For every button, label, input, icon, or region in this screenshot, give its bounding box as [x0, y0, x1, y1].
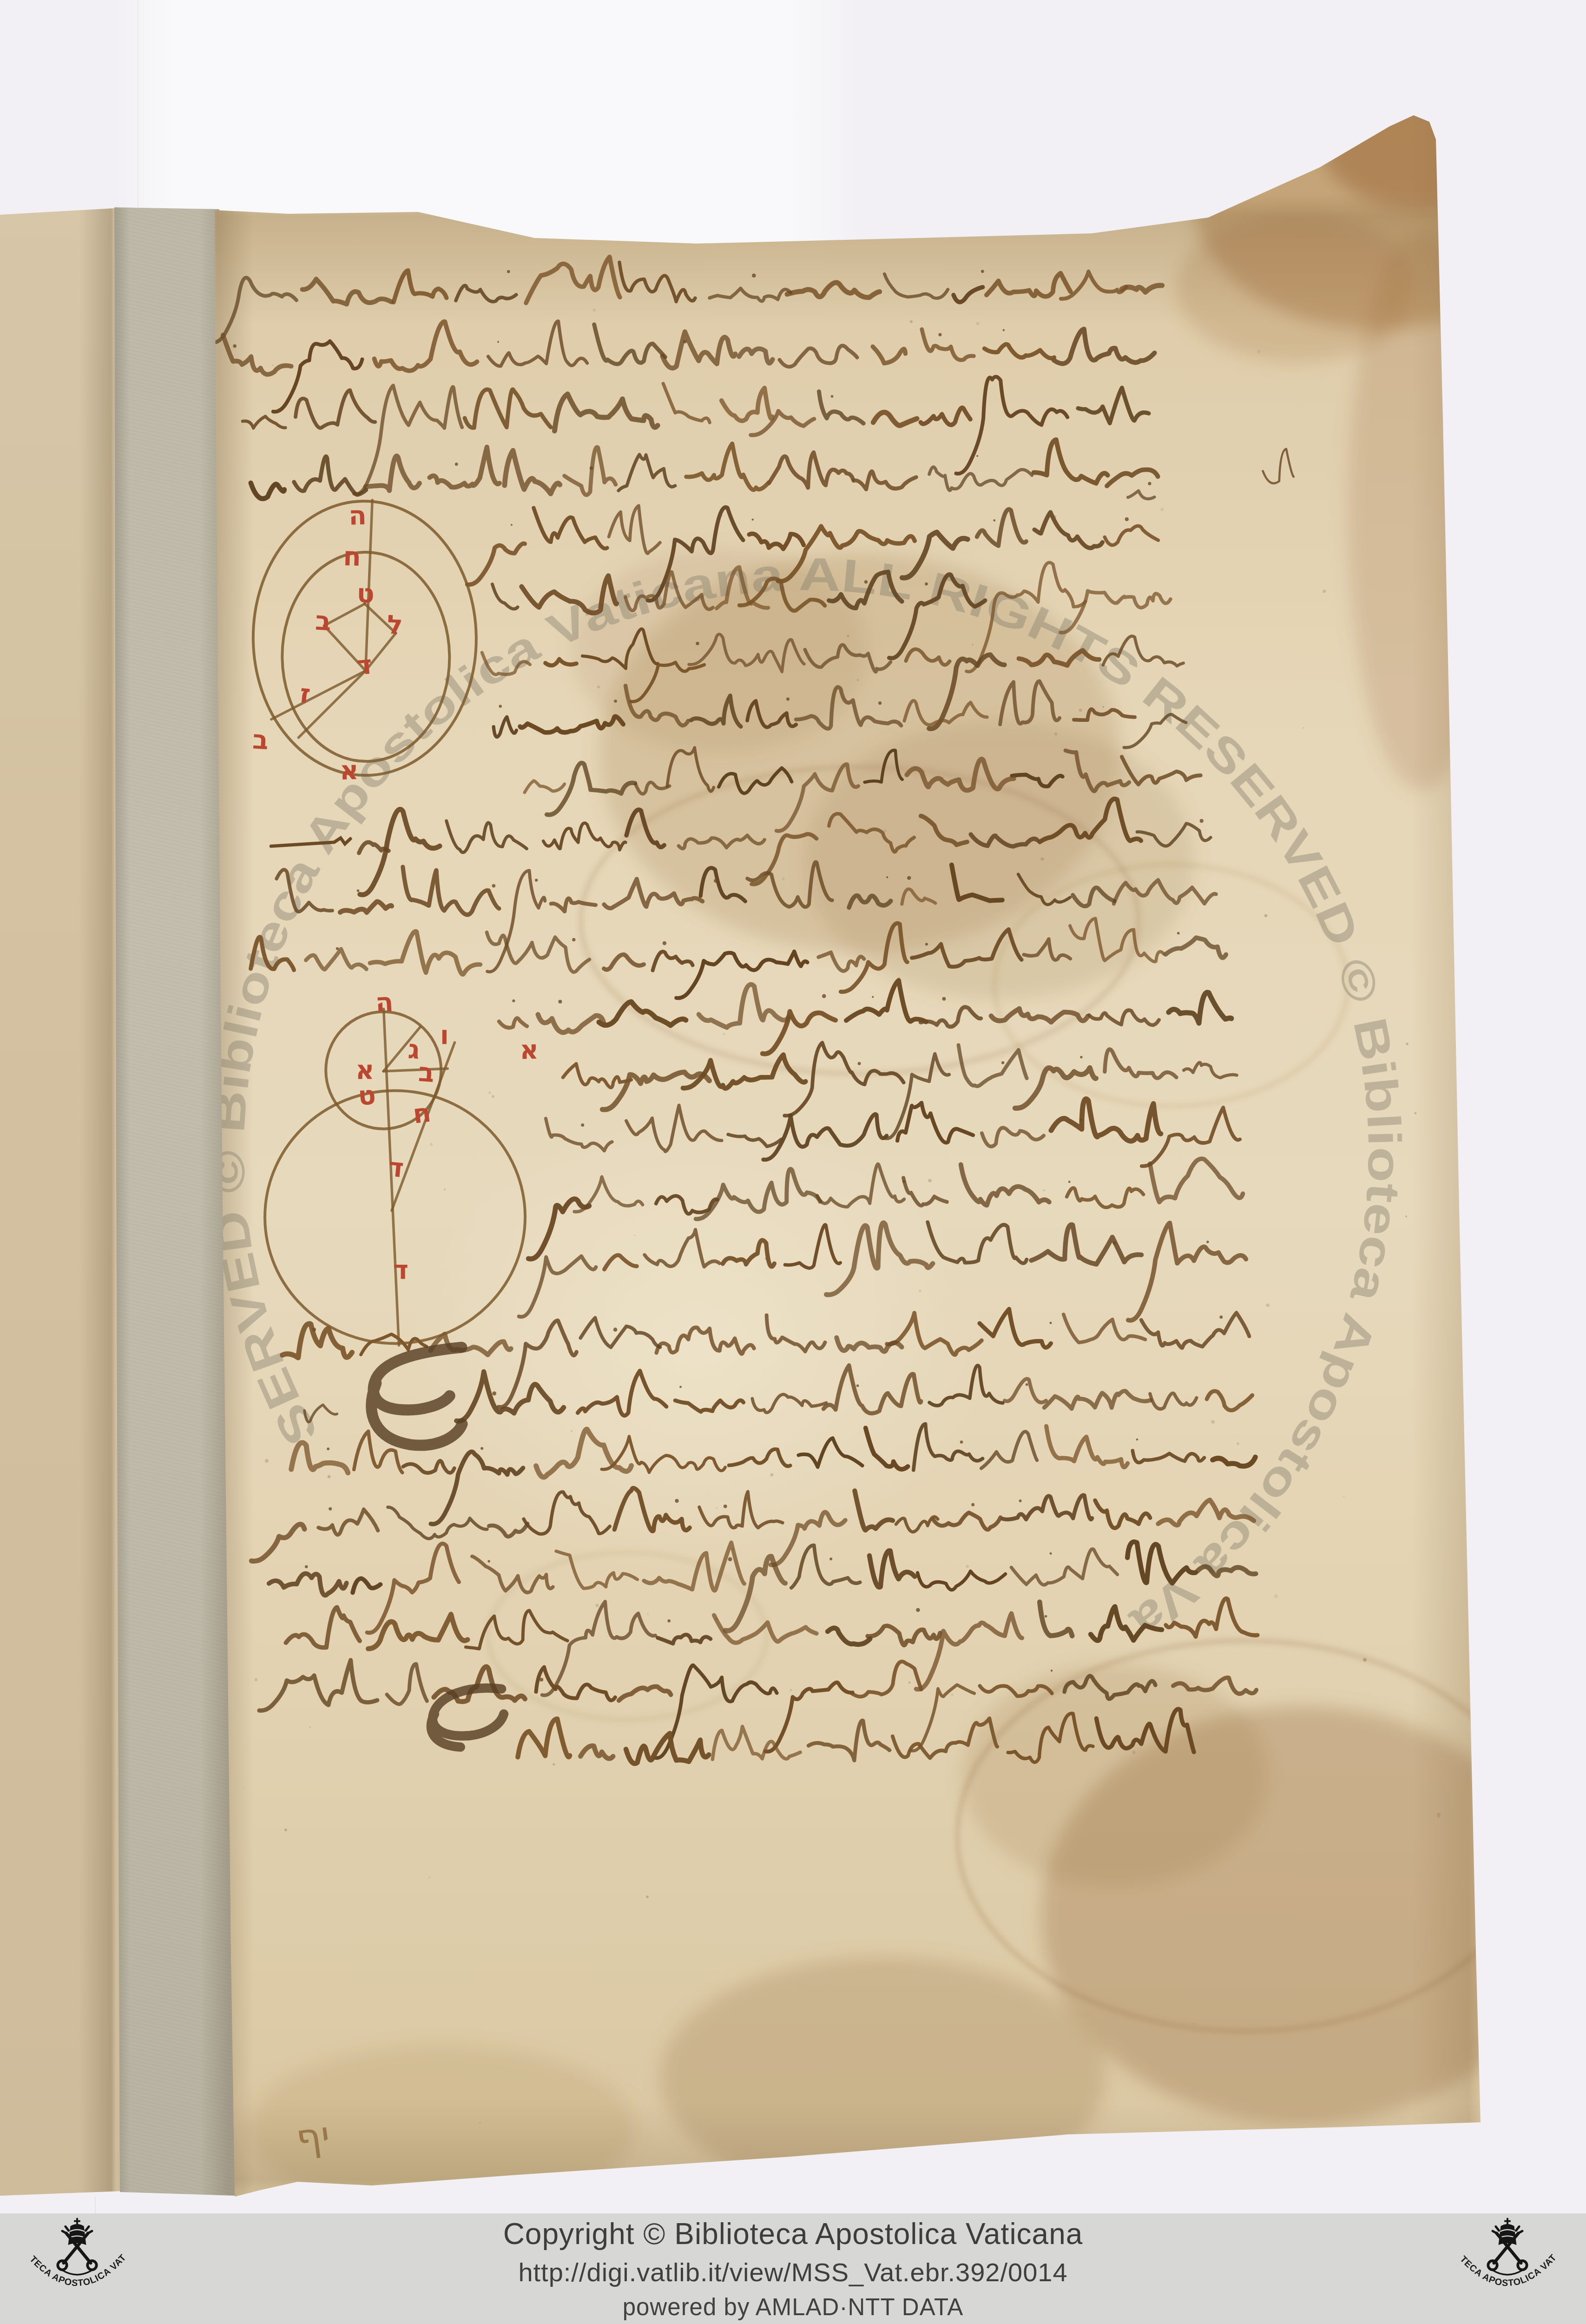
footer-copyright-text: Copyright © Biblioteca Apostolica Vatica…	[503, 2217, 1083, 2251]
script-word-stroke	[1000, 681, 1060, 725]
script-word-stroke	[492, 584, 518, 609]
script-word-stroke	[698, 984, 789, 1028]
script-word-stroke	[518, 1256, 597, 1317]
script-word-stroke	[791, 1545, 860, 1588]
script-word-stroke	[251, 1524, 305, 1561]
script-word-stroke	[1127, 1222, 1247, 1320]
script-word-stroke	[456, 285, 516, 302]
diacritic-dot	[1003, 329, 1005, 331]
diacritic-dot	[829, 1558, 832, 1560]
red-letter-label: ד	[393, 1255, 408, 1285]
script-word-stroke	[604, 878, 703, 908]
script-word-stroke	[866, 1427, 908, 1470]
script-word-stroke	[1090, 1606, 1162, 1641]
vatican-keys-emblem-icon	[1488, 2218, 1527, 2275]
script-word-stroke	[836, 1337, 902, 1352]
script-word-stroke	[854, 471, 916, 489]
diacritic-dot	[878, 701, 882, 705]
script-word-stroke	[718, 768, 792, 794]
manuscript-script-layer: החטבלדזבאהוגאבטחדדאיף	[0, 0, 1586, 2324]
diacritic-dot	[993, 519, 995, 522]
script-word-stroke	[784, 1042, 904, 1116]
script-word-stroke	[556, 1550, 638, 1589]
script-word-stroke	[403, 866, 499, 916]
diacritic-dot	[535, 878, 538, 881]
diacritic-dot	[1136, 1439, 1138, 1441]
script-word-stroke	[464, 389, 551, 428]
script-word-stroke	[1173, 1677, 1256, 1695]
script-word-stroke	[499, 1018, 527, 1028]
script-word-stroke	[1044, 1391, 1151, 1409]
script-word-stroke	[716, 567, 768, 609]
script-word-stroke	[353, 1578, 381, 1592]
script-word-stroke	[295, 390, 375, 429]
script-word-stroke	[779, 345, 857, 367]
script-word-stroke	[721, 388, 772, 421]
script-word-stroke	[1039, 799, 1141, 842]
script-word-stroke	[675, 1400, 744, 1412]
script-word-stroke	[652, 951, 692, 971]
script-word-stroke	[223, 334, 291, 375]
script-word-stroke	[1124, 714, 1186, 748]
red-letter-label: ד	[387, 1152, 405, 1184]
diacritic-dot	[675, 1499, 679, 1503]
diagram-line	[383, 1069, 448, 1071]
diacritic-dot	[492, 884, 496, 888]
diacritic-dot	[1177, 932, 1180, 935]
diacritic-dot	[487, 1560, 490, 1562]
script-word-stroke	[952, 864, 1002, 901]
script-word-stroke	[873, 412, 917, 426]
script-word-stroke	[1040, 1602, 1072, 1637]
script-word-stroke	[582, 629, 658, 669]
script-word-stroke	[243, 416, 285, 428]
diacritic-dot	[511, 524, 513, 526]
script-word-stroke	[1002, 1495, 1092, 1521]
script-word-stroke	[750, 410, 815, 435]
script-word-stroke	[269, 1573, 347, 1596]
script-word-stroke	[276, 869, 332, 912]
script-word-stroke	[580, 1317, 660, 1348]
script-word-stroke	[699, 1491, 783, 1528]
script-word-stroke	[710, 288, 791, 302]
red-letter-label: א	[519, 1035, 539, 1065]
script-word-stroke	[1070, 918, 1164, 963]
script-line-25	[517, 1709, 1194, 1769]
script-word-stroke	[1122, 756, 1201, 785]
script-word-stroke	[625, 571, 713, 611]
script-word-stroke	[580, 1745, 613, 1759]
diacritic-dot	[1001, 1061, 1004, 1064]
script-word-stroke	[1168, 992, 1231, 1023]
script-word-stroke	[554, 393, 658, 431]
script-word-stroke	[564, 447, 616, 495]
script-word-stroke	[929, 466, 1032, 491]
script-word-stroke	[869, 1551, 915, 1588]
script-word-stroke	[977, 509, 1027, 546]
script-word-stroke	[921, 408, 970, 425]
diacritic-dot	[233, 344, 236, 348]
script-word-stroke	[1018, 874, 1070, 905]
script-word-stroke	[1158, 1499, 1254, 1525]
script-word-stroke	[430, 1451, 524, 1524]
script-word-stroke	[489, 1524, 527, 1537]
script-word-stroke	[626, 809, 664, 847]
diacritic-dot	[872, 996, 874, 998]
diacritic-dot	[327, 1447, 329, 1450]
script-word-stroke	[846, 980, 926, 1023]
script-line-11	[276, 857, 1217, 975]
script-word-stroke	[521, 575, 617, 614]
script-word-stroke	[1031, 1224, 1141, 1265]
backing-sheet-seam-top	[138, 0, 138, 210]
script-word-stroke	[921, 1007, 981, 1027]
script-line-16	[527, 1158, 1244, 1259]
script-word-stroke	[929, 1365, 1003, 1406]
script-word-stroke	[689, 633, 804, 673]
script-word-stroke	[608, 505, 660, 554]
script-word-stroke	[1132, 1450, 1204, 1463]
script-word-stroke	[933, 1512, 1000, 1531]
script-word-stroke	[528, 1199, 590, 1259]
script-word-stroke	[823, 1365, 921, 1414]
script-word-stroke	[467, 543, 525, 585]
script-word-stroke	[982, 1127, 1044, 1147]
script-word-stroke	[981, 1432, 1037, 1468]
script-word-stroke	[787, 282, 880, 298]
script-word-stroke	[487, 931, 590, 973]
script-word-stroke	[599, 1001, 686, 1026]
diacritic-dot	[614, 700, 617, 703]
script-word-stroke	[739, 349, 772, 363]
script-word-stroke	[784, 1225, 840, 1268]
diacritic-dot	[1206, 1241, 1209, 1243]
script-word-stroke	[619, 1686, 671, 1700]
script-line-21	[250, 1480, 1254, 1571]
script-word-stroke	[980, 1685, 1052, 1697]
script-word-stroke	[903, 1177, 947, 1206]
script-word-stroke	[819, 391, 863, 424]
diacritic-dot	[728, 1557, 732, 1561]
script-word-stroke	[543, 823, 626, 851]
script-word-stroke	[563, 1063, 632, 1088]
script-word-stroke	[897, 1102, 973, 1143]
script-word-stroke	[984, 343, 1054, 359]
script-word-stroke	[393, 270, 447, 302]
script-word-stroke	[472, 1555, 553, 1593]
script-word-stroke	[906, 649, 949, 666]
diacritic-dot	[1148, 482, 1151, 485]
script-word-stroke	[291, 1442, 348, 1474]
script-word-stroke	[991, 1008, 1088, 1023]
script-word-stroke	[825, 1222, 933, 1294]
diacritic-dot	[938, 333, 941, 336]
script-line-9	[524, 741, 1201, 834]
script-word-stroke	[1066, 1187, 1144, 1208]
diacritic-dot	[1019, 1499, 1022, 1502]
script-word-stroke	[1060, 590, 1171, 633]
red-letter-label: ה	[375, 987, 394, 1018]
script-word-stroke	[259, 1660, 377, 1710]
script-word-stroke	[546, 1118, 612, 1152]
script-word-stroke	[1150, 1158, 1243, 1202]
script-word-stroke	[306, 949, 367, 970]
script-word-stroke	[961, 1163, 1049, 1205]
script-word-stroke	[769, 452, 853, 488]
script-word-stroke	[913, 1423, 983, 1470]
footer-bar: Copyright © Biblioteca Apostolica Vatica…	[0, 2213, 1586, 2324]
script-word-stroke	[1165, 1598, 1257, 1637]
script-word-stroke	[340, 901, 392, 913]
diacritic-dot	[831, 395, 834, 398]
diacritic-dot	[960, 1440, 963, 1444]
script-word-stroke	[636, 782, 670, 794]
script-word-stroke	[644, 1229, 719, 1268]
script-word-stroke	[1165, 938, 1226, 959]
diacritic-dot	[858, 1062, 861, 1065]
diacritic-dot	[925, 582, 928, 586]
script-word-stroke	[1074, 709, 1135, 720]
script-word-stroke	[374, 321, 477, 371]
script-word-stroke	[808, 1720, 889, 1761]
script-root: החטבלדזבאהוגאבטחדדאיף	[211, 249, 1314, 2163]
red-letter-label: ז	[298, 679, 312, 710]
script-word-stroke	[1089, 1010, 1159, 1026]
script-word-stroke	[928, 654, 1005, 729]
script-word-stroke	[910, 1684, 975, 1751]
script-word-stroke	[1197, 1566, 1256, 1576]
script-word-stroke	[656, 1327, 754, 1355]
script-word-stroke	[892, 1718, 997, 1759]
script-word-stroke	[520, 716, 623, 733]
script-word-stroke	[250, 937, 294, 971]
script-word-stroke	[429, 447, 500, 488]
script-word-stroke	[971, 833, 1037, 847]
script-word-stroke	[1033, 439, 1108, 484]
script-word-stroke	[285, 1607, 360, 1648]
script-word-stroke	[1053, 328, 1155, 363]
script-word-stroke	[1046, 1425, 1128, 1468]
vatican-logo-right: BIBLIOTECA APOSTOLICA VATICANA	[1449, 2214, 1566, 2304]
script-line-12	[250, 917, 1226, 1004]
script-word-stroke	[912, 929, 1022, 967]
astronomical-diagram-1: החטבלדזבא	[249, 499, 478, 787]
script-word-stroke	[211, 277, 297, 343]
script-word-stroke	[1095, 1500, 1151, 1529]
red-letter-label: ב	[417, 1057, 435, 1089]
script-word-stroke	[849, 895, 891, 907]
diagram-circle-outer	[251, 500, 478, 777]
diacritic-dot	[581, 1123, 584, 1127]
script-word-stroke	[294, 456, 366, 495]
diacritic-dot	[916, 1608, 920, 1612]
script-word-stroke	[1060, 271, 1126, 299]
script-word-stroke	[370, 931, 480, 976]
script-word-stroke	[1073, 887, 1114, 906]
diacritic-dot	[752, 273, 756, 277]
script-word-stroke	[667, 747, 714, 792]
script-word-stroke	[747, 700, 796, 727]
manuscript-leaf: SERVED © Biblioteca Apostolica Vaticana …	[0, 0, 1586, 2324]
script-word-stroke	[447, 820, 527, 852]
diacritic-dot	[856, 1384, 859, 1387]
red-letter-label: ח	[411, 1098, 433, 1130]
footer-url-text: http://digi.vatlib.it/view/MSS_Vat.ebr.3…	[518, 2257, 1067, 2287]
script-word-stroke	[545, 659, 576, 666]
script-word-stroke	[767, 1314, 825, 1352]
diacritic-dot	[822, 994, 826, 998]
script-word-stroke	[523, 1492, 610, 1535]
script-word-stroke	[1004, 1379, 1046, 1403]
script-word-stroke	[678, 835, 764, 849]
script-line-23	[285, 1594, 1258, 1698]
script-word-stroke	[1141, 1313, 1250, 1348]
diacritic-dot	[507, 270, 510, 273]
red-letter-label: ל	[386, 610, 403, 640]
script-word-stroke	[251, 482, 284, 499]
script-word-stroke	[818, 952, 864, 971]
diacritic-dot	[1080, 1056, 1082, 1058]
script-word-stroke	[465, 1610, 567, 1649]
script-word-stroke	[1078, 387, 1149, 423]
script-word-stroke	[626, 1105, 722, 1152]
diacritic-dot	[512, 999, 515, 1002]
diacritic-dot	[1219, 1315, 1223, 1319]
diacritic-dot	[886, 876, 888, 878]
diacritic-dot	[663, 941, 667, 945]
script-word-stroke	[691, 695, 741, 727]
script-word-stroke	[700, 867, 745, 902]
script-word-stroke	[656, 1195, 717, 1215]
script-word-stroke	[1034, 512, 1103, 549]
script-word-stroke	[712, 1726, 800, 1760]
script-word-stroke	[986, 273, 1071, 297]
red-letter-label: ו	[440, 1020, 449, 1050]
script-word-stroke	[541, 1601, 656, 1696]
script-word-stroke	[1024, 939, 1071, 961]
diacritic-dot	[558, 1000, 562, 1004]
script-word-stroke	[915, 1613, 1023, 1690]
script-word-stroke	[729, 1449, 790, 1466]
script-word-stroke	[403, 1460, 454, 1473]
diacritic-dot	[480, 1447, 483, 1450]
script-line-1	[211, 250, 1163, 343]
script-line-4	[250, 438, 1158, 499]
red-letter-label: ב	[315, 606, 332, 637]
script-word-stroke	[1064, 1675, 1156, 1699]
script-word-stroke	[504, 450, 560, 494]
script-word-stroke	[577, 1370, 666, 1416]
script-line-19	[456, 1360, 1252, 1421]
script-word-stroke	[1066, 750, 1129, 792]
script-word-stroke	[1011, 1549, 1118, 1585]
red-letter-label: ח	[343, 541, 362, 572]
script-word-stroke	[954, 287, 983, 302]
script-word-stroke	[1096, 1709, 1194, 1753]
diacritic-dot	[357, 890, 360, 892]
script-line-2	[223, 313, 1155, 412]
red-letter-label: ד	[355, 650, 374, 681]
script-line-13	[499, 976, 1232, 1057]
script-word-stroke	[644, 1542, 744, 1591]
script-word-stroke	[864, 750, 902, 782]
script-word-stroke	[302, 278, 391, 304]
diacritic-dot	[976, 455, 978, 457]
diacritic-dot	[1026, 1383, 1028, 1386]
script-line-17	[518, 1218, 1247, 1328]
script-word-stroke	[614, 1487, 690, 1532]
script-word-stroke	[723, 1240, 775, 1267]
script-word-stroke	[536, 1429, 632, 1477]
script-word-stroke	[777, 525, 915, 581]
vatican-logo-left: BIBLIOTECA APOSTOLICA VATICANA	[19, 2214, 136, 2304]
script-word-stroke	[686, 443, 769, 490]
digitized-manuscript-viewer: SERVED © Biblioteca Apostolica Vaticana …	[0, 0, 1586, 2324]
diacritic-dot	[1125, 517, 1129, 521]
script-word-stroke	[631, 662, 705, 701]
script-word-stroke	[1113, 879, 1216, 905]
red-letter-label: ט	[356, 579, 375, 609]
script-word-stroke	[1207, 1391, 1253, 1411]
diacritic-dot	[497, 341, 499, 343]
script-line-20	[291, 1420, 1256, 1526]
red-letter-label: ה	[349, 501, 367, 531]
script-word-stroke	[662, 331, 736, 368]
script-word-stroke	[359, 809, 440, 895]
script-word-stroke	[855, 1490, 893, 1530]
red-letter-label: א	[339, 755, 359, 786]
script-word-stroke	[494, 717, 517, 737]
diacritic-dot	[786, 697, 790, 700]
script-word-stroke	[488, 321, 587, 367]
diacritic-dot	[613, 1327, 618, 1332]
red-letter-label: ט	[357, 1080, 377, 1111]
script-word-stroke	[695, 1169, 820, 1219]
script-word-stroke	[907, 759, 1014, 791]
diacritic-dot	[1200, 819, 1204, 823]
script-word-stroke	[676, 951, 808, 998]
script-word-stroke	[1150, 1393, 1197, 1409]
script-word-stroke	[873, 346, 905, 363]
script-word-stroke	[928, 1221, 1027, 1264]
script-word-stroke	[902, 889, 935, 904]
script-word-stroke	[533, 507, 607, 549]
script-word-stroke	[272, 341, 363, 412]
script-word-stroke	[618, 454, 675, 490]
script-word-stroke	[749, 533, 803, 549]
script-line-10	[358, 798, 1211, 895]
script-word-stroke	[888, 574, 986, 658]
script-word-stroke	[1019, 650, 1099, 666]
script-word-stroke	[1007, 1713, 1093, 1763]
script-word-stroke	[724, 1556, 786, 1631]
diacritic-dot	[679, 1386, 682, 1388]
diacritic-dot	[864, 580, 868, 583]
diacritic-dot	[696, 642, 699, 645]
script-word-stroke	[1263, 449, 1294, 484]
script-word-stroke	[625, 685, 688, 726]
script-word-stroke	[817, 1164, 904, 1208]
script-word-stroke	[796, 687, 901, 729]
script-word-stroke	[366, 1544, 460, 1633]
diacritic-dot	[492, 1391, 496, 1395]
script-word-stroke	[884, 1054, 950, 1139]
script-word-stroke	[1105, 1049, 1177, 1079]
margin-dash	[271, 838, 350, 846]
script-word-stroke	[917, 1571, 1005, 1590]
script-word-stroke	[868, 1625, 941, 1645]
diacritic-dot	[942, 997, 946, 1001]
